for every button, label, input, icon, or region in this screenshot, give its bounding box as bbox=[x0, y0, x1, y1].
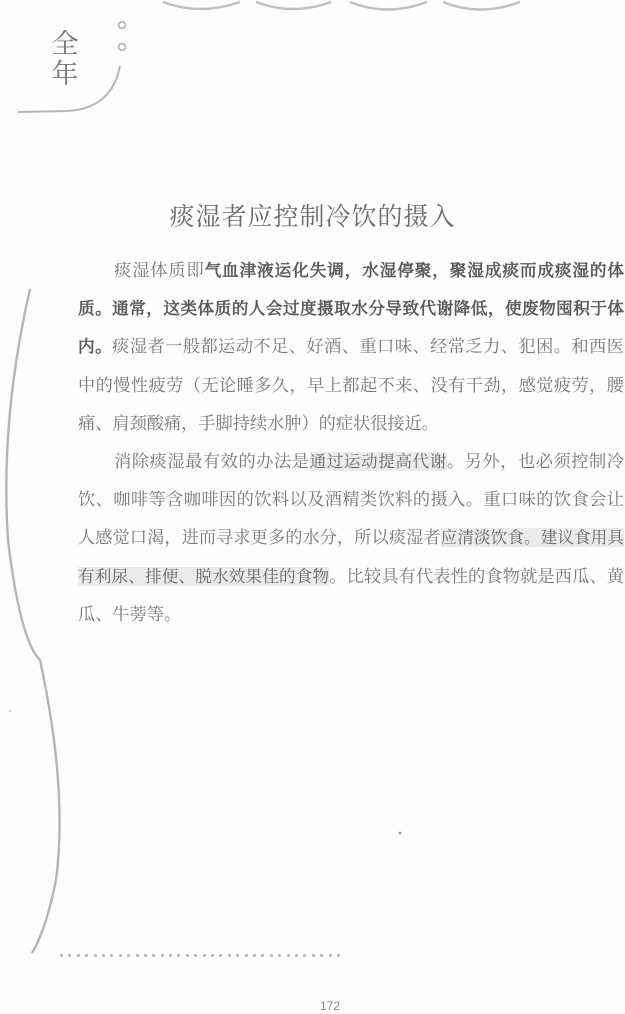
body-text: 痰湿体质即气血津液运化失调，水湿停聚，聚湿成痰而成痰湿的体质。通常，这类体质的人… bbox=[78, 252, 624, 634]
left-wave-line bbox=[6, 289, 59, 953]
text-highlight: 通过运动提高代谢 bbox=[310, 452, 447, 471]
side-label-char: 全 bbox=[48, 30, 82, 60]
top-arc-3 bbox=[350, 2, 427, 10]
text-normal: 痰湿者一般都运动不足、好酒、重口味、经常乏力、犯困。和西医中的慢性疲劳（无论睡多… bbox=[78, 337, 624, 433]
paragraph-2: 消除痰湿最有效的办法是通过运动提高代谢。另外，也必须控制冷饮、咖啡等含咖啡因的饮… bbox=[78, 443, 624, 634]
dotted-divider bbox=[60, 954, 340, 957]
text-normal: 痰湿体质即 bbox=[114, 261, 205, 281]
page-number: 172 bbox=[320, 999, 340, 1013]
small-circle-2 bbox=[119, 44, 126, 51]
section-label-full-year: 全 年 bbox=[48, 30, 82, 90]
top-arc-1 bbox=[163, 2, 240, 9]
text-normal: 消除痰湿最有效的办法是 bbox=[114, 452, 309, 472]
paragraph-1: 痰湿体质即气血津液运化失调，水湿停聚，聚湿成痰而成痰湿的体质。通常，这类体质的人… bbox=[78, 252, 624, 443]
page-title: 痰湿者应控制冷饮的摄入 bbox=[0, 197, 625, 233]
top-arc-2 bbox=[256, 2, 331, 9]
small-circle-1 bbox=[119, 22, 126, 29]
side-label-char: 年 bbox=[48, 60, 82, 90]
top-arc-4 bbox=[443, 2, 520, 10]
